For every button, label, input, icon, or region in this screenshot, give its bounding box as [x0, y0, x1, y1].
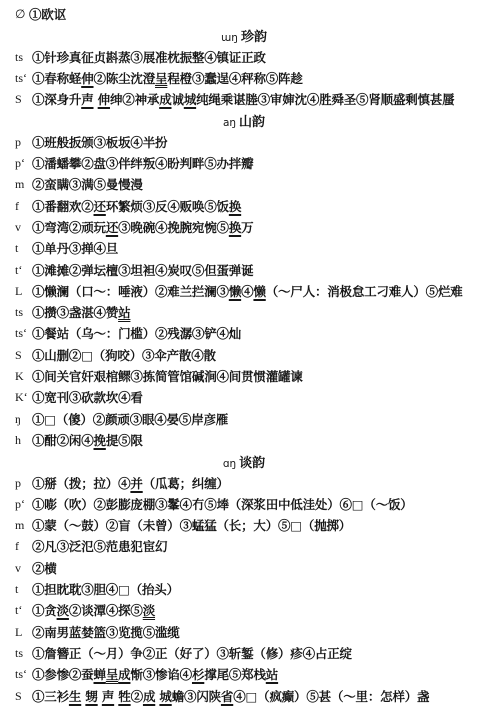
underlined-reading: 站 [118, 305, 130, 320]
character-list: ①针珍真征贞斟蒸③展准枕振整④镇证正政 [32, 47, 266, 68]
character-list: ①深身升声 伸绅②神承成诚城纯绳乘谌塍③审婶沈④胜舜圣⑤肾顺盛剩慎甚蜃 [32, 89, 454, 110]
character-list: ①蒙（～鼓）②盲（未曾）③蜢猛（长；大）⑤□（抛掷） [32, 515, 351, 536]
character-list: ②凡③泛氾⑤范患犯宦幻 [32, 536, 167, 557]
initial-entry-row: K‘①宽刊③砍款坎④看 [0, 387, 500, 408]
initial-entry-row: p①班般扳颁③板坂④半扮 [0, 132, 500, 153]
underlined-reading: 杉 [192, 667, 204, 682]
initial-label: ts‘ [15, 68, 27, 89]
initial-label: ∅ [15, 4, 25, 25]
text-segment: ②陈尘沈澄 [94, 71, 156, 86]
initial-label: ts [15, 47, 23, 68]
text-segment: 环繁烦③反④贩唤⑤饭 [106, 199, 229, 214]
initial-entry-row: ts‘①参惨②蚕蝉呈成惭③惨谄④杉撑尾⑤郑栈站 [0, 664, 500, 685]
initial-entry-row: f②凡③泛氾⑤范患犯宦幻 [0, 536, 500, 557]
initial-entry-row: m②蛮瞒③满⑤曼慢漫 [0, 174, 500, 195]
text-segment: 撑尾⑤郑栈 [204, 667, 266, 682]
text-segment: ①单丹③掸④旦 [32, 241, 118, 256]
initial-entry-row: ts①针珍真征贞斟蒸③展准枕振整④镇证正政 [0, 47, 500, 68]
character-list: ①欧讴 [29, 4, 66, 25]
initial-label: p‘ [15, 153, 25, 174]
underlined-reading: 牲 [118, 689, 130, 704]
initial-entry-row: t‘①贪淡②谈潭④探⑤淡 [0, 600, 500, 621]
character-list: ①詹簪正（～月）争②正（好了）③斩錾（修）疹④占正绽 [32, 643, 352, 664]
initial-entry-row: p‘①潘蟠攀②盘③伴绊叛④盼判畔⑤办拌瓣 [0, 153, 500, 174]
text-segment: ①山删②□（狗咬）③伞产散④散 [32, 348, 216, 363]
initial-label: L [15, 622, 22, 643]
text-segment: ①针珍真征贞斟蒸③展准枕振整④镇证正政 [32, 50, 266, 65]
text-segment: （～尸人：消极怠工刁难人）⑤烂难 [266, 284, 463, 299]
text-segment: ②谈潭④探⑤ [69, 603, 143, 618]
text-segment: ①攒③盏湛④赞 [32, 305, 118, 320]
initial-entry-row: t①担眈耽③胆④□（抬头） [0, 579, 500, 600]
underlined-reading: 懒 [229, 284, 241, 299]
text-segment: 诚 [172, 92, 184, 107]
initial-label: ts‘ [15, 664, 27, 685]
text-segment: ①□（傻）②颜顽③眼④晏⑤岸彦雁 [32, 412, 228, 427]
underlined-reading: 省 [221, 689, 233, 704]
initial-label: v [15, 217, 21, 238]
text-segment: ①深身升 [32, 92, 81, 107]
initial-entry-row: f①番翻欢②还环繁烦③反④贩唤⑤饭换 [0, 196, 500, 217]
text-segment: 绅②神承 [110, 92, 159, 107]
underlined-reading: 淡 [57, 603, 69, 618]
text-segment: ①担眈耽③胆④□（抬头） [32, 582, 179, 597]
initial-label: S [15, 89, 22, 110]
underlined-reading: 换 [229, 199, 241, 214]
character-list: ①贪淡②谈潭④探⑤淡 [32, 600, 155, 621]
text-segment: ①掰（拨；拉）④ [32, 476, 130, 491]
initial-label: ts‘ [15, 323, 27, 344]
character-list: ①酣②闲④挽提⑤限 [32, 430, 143, 451]
text-segment: ①酣②闲④ [32, 433, 94, 448]
initial-label: h [15, 430, 21, 451]
text-segment: ①宽刊③砍款坎④看 [32, 390, 143, 405]
text-segment: ④ [241, 284, 253, 299]
text-segment: ①懒澜（口～：唾液）②难兰拦澜③ [32, 284, 229, 299]
text-segment: ①番翻欢② [32, 199, 94, 214]
character-list: ①担眈耽③胆④□（抬头） [32, 579, 179, 600]
text-segment: ②凡③泛氾⑤范患犯宦幻 [32, 539, 167, 554]
initial-entry-row: L①懒澜（口～：唾液）②难兰拦澜③懒④懒（～尸人：消极怠工刁难人）⑤烂难 [0, 281, 500, 302]
text-segment: 蟾③闪陕 [172, 689, 221, 704]
rhyme-ipa: ɯŋ [221, 32, 238, 44]
character-list: ①掰（拨；拉）④并（瓜葛；纠缠） [32, 473, 229, 494]
initial-entry-row: v②横 [0, 558, 500, 579]
initial-entry-row: ts①攒③盏湛④赞站 [0, 302, 500, 323]
text-segment: 程橙③蠢逞④秤称⑤阵趁 [167, 71, 302, 86]
initial-label: t‘ [15, 600, 22, 621]
dictionary-page: ∅①欧讴ɯŋ珍韵ts①针珍真征贞斟蒸③展准枕振整④镇证正政ts‘①春称蛏伸②陈尘… [0, 4, 500, 707]
initial-entry-row: v①弯湾②顽玩还③晚碗④挽腕宛惋⑤换万 [0, 217, 500, 238]
text-segment: ①贪 [32, 603, 57, 618]
text-segment: ②横 [32, 561, 57, 576]
rhyme-title: 珍韵 [241, 30, 267, 45]
rhyme-ipa: aŋ [223, 117, 236, 129]
rhyme-title: 谈韵 [239, 456, 265, 471]
initial-label: ts [15, 643, 23, 664]
underlined-reading: 成 [118, 667, 130, 682]
text-segment: ③晚碗④挽腕宛惋⑤ [118, 220, 229, 235]
text-segment: ①班般扳颁③板坂④半扮 [32, 135, 167, 150]
initial-entry-row: S①山删②□（狗咬）③伞产散④散 [0, 345, 500, 366]
initial-entry-row: ∅①欧讴 [0, 4, 500, 25]
text-segment: ②南男蓝婪篮③览揽⑤滥缆 [32, 625, 180, 640]
initial-label: f [15, 536, 19, 557]
underlined-reading: 懒 [253, 284, 265, 299]
initial-label: ts [15, 302, 23, 323]
text-segment: ①詹簪正（～月）争②正（好了）③斩錾（修）疹④占正绽 [32, 646, 352, 661]
initial-label: m [15, 515, 24, 536]
character-list: ①嘭（吹）②彭膨庞棚③髼④冇⑤埲（深浆田中低洼处）⑥□（～饭） [32, 494, 413, 515]
initial-label: L [15, 281, 22, 302]
underlined-reading: 还 [106, 220, 118, 235]
initial-label: p [15, 473, 21, 494]
character-list: ①餐站（乌～：门槛）②残潺③铲④灿 [32, 323, 241, 344]
underlined-reading: 呈 [155, 71, 167, 86]
text-segment: （瓜葛；纠缠） [143, 476, 229, 491]
character-list: ①三衫生 甥 声 牲②成 城蟾③闪陕省④□（疯癫）⑤甚（～里：怎样）盏 [32, 686, 429, 707]
initial-label: S [15, 686, 22, 707]
text-segment: 万 [241, 220, 253, 235]
underlined-reading: 生 [69, 689, 81, 704]
character-list: ①山删②□（狗咬）③伞产散④散 [32, 345, 216, 366]
character-list: ①间关官奸艰棺鳏③拣简管馆碱涧④间贯惯灌罐谏 [32, 366, 303, 387]
underlined-reading: 声 [102, 689, 114, 704]
underlined-reading: 淡 [143, 603, 155, 618]
character-list: ①宽刊③砍款坎④看 [32, 387, 143, 408]
character-list: ①番翻欢②还环繁烦③反④贩唤⑤饭换 [32, 196, 241, 217]
underlined-reading: 换 [229, 220, 241, 235]
character-list: ①参惨②蚕蝉呈成惭③惨谄④杉撑尾⑤郑栈站 [32, 664, 278, 685]
underlined-reading: 城 [159, 689, 171, 704]
rhyme-section-heading: ɑŋ谈韵 [0, 451, 500, 472]
text-segment: ①春称蛏 [32, 71, 81, 86]
initial-label: t [15, 238, 18, 259]
initial-entry-row: S①深身升声 伸绅②神承成诚城纯绳乘谌塍③审婶沈④胜舜圣⑤肾顺盛剩慎甚蜃 [0, 89, 500, 110]
underlined-reading: 呈 [106, 667, 118, 682]
initial-entry-row: ts‘①春称蛏伸②陈尘沈澄呈程橙③蠢逞④秤称⑤阵趁 [0, 68, 500, 89]
initial-label: f [15, 196, 19, 217]
character-list: ①班般扳颁③板坂④半扮 [32, 132, 167, 153]
underlined-reading: 挽 [94, 433, 106, 448]
underlined-reading: 伸 [81, 71, 93, 86]
underlined-reading: 声 [81, 92, 93, 107]
text-segment: ①欧讴 [29, 7, 66, 22]
underlined-reading: 成 [143, 689, 155, 704]
initial-label: p‘ [15, 494, 25, 515]
text-segment: 纯绳乘谌塍③审婶沈④胜舜圣⑤肾顺盛剩慎甚蜃 [196, 92, 454, 107]
initial-label: K‘ [15, 387, 28, 408]
underlined-reading: 并 [130, 476, 142, 491]
initial-entry-row: ts‘①餐站（乌～：门槛）②残潺③铲④灿 [0, 323, 500, 344]
character-list: ②南男蓝婪篮③览揽⑤滥缆 [32, 622, 180, 643]
rhyme-section-heading: ɯŋ珍韵 [0, 25, 500, 46]
initial-label: K [15, 366, 24, 387]
text-segment: ①间关官奸艰棺鳏③拣简管馆碱涧④间贯惯灌罐谏 [32, 369, 303, 384]
rhyme-title: 山韵 [239, 115, 265, 130]
character-list: ①弯湾②顽玩还③晚碗④挽腕宛惋⑤换万 [32, 217, 253, 238]
text-segment: ①弯湾②顽玩 [32, 220, 106, 235]
initial-entry-row: t‘①滩摊②弹坛檀③坦袒④炭叹⑤但蛋弹诞 [0, 260, 500, 281]
text-segment: ①嘭（吹）②彭膨庞棚③髼④冇⑤埲（深浆田中低洼处）⑥□（～饭） [32, 497, 413, 512]
initial-entry-row: m①蒙（～鼓）②盲（未曾）③蜢猛（长；大）⑤□（抛掷） [0, 515, 500, 536]
text-segment: ② [131, 689, 143, 704]
text-segment: ①三衫 [32, 689, 69, 704]
character-list: ①单丹③掸④旦 [32, 238, 118, 259]
character-list: ②蛮瞒③满⑤曼慢漫 [32, 174, 143, 195]
initial-label: t‘ [15, 260, 22, 281]
text-segment: ①潘蟠攀②盘③伴绊叛④盼判畔⑤办拌瓣 [32, 156, 253, 171]
rhyme-ipa: ɑŋ [223, 458, 236, 470]
underlined-reading: 成 [159, 92, 171, 107]
initial-label: ŋ [15, 409, 21, 430]
initial-label: p [15, 132, 21, 153]
initial-entry-row: p‘①嘭（吹）②彭膨庞棚③髼④冇⑤埲（深浆田中低洼处）⑥□（～饭） [0, 494, 500, 515]
underlined-reading: 甥 [85, 689, 97, 704]
initial-label: v [15, 558, 21, 579]
initial-entry-row: t①单丹③掸④旦 [0, 238, 500, 259]
initial-entry-row: p①掰（拨；拉）④并（瓜葛；纠缠） [0, 473, 500, 494]
text-segment: 惭③惨谄④ [130, 667, 192, 682]
character-list: ①□（傻）②颜顽③眼④晏⑤岸彦雁 [32, 409, 228, 430]
initial-entry-row: ŋ①□（傻）②颜顽③眼④晏⑤岸彦雁 [0, 409, 500, 430]
text-segment: ①滩摊②弹坛檀③坦袒④炭叹⑤但蛋弹诞 [32, 263, 253, 278]
rhyme-section-heading: aŋ山韵 [0, 110, 500, 131]
character-list: ①春称蛏伸②陈尘沈澄呈程橙③蠢逞④秤称⑤阵趁 [32, 68, 303, 89]
initial-entry-row: K①间关官奸艰棺鳏③拣简管馆碱涧④间贯惯灌罐谏 [0, 366, 500, 387]
initial-label: S [15, 345, 22, 366]
initial-label: t [15, 579, 18, 600]
initial-label: m [15, 174, 24, 195]
text-segment: ④□（疯癫）⑤甚（～里：怎样）盏 [233, 689, 429, 704]
initial-entry-row: L②南男蓝婪篮③览揽⑤滥缆 [0, 622, 500, 643]
initial-entry-row: ts①詹簪正（～月）争②正（好了）③斩錾（修）疹④占正绽 [0, 643, 500, 664]
character-list: ②横 [32, 558, 57, 579]
underlined-reading: 伸 [98, 92, 110, 107]
text-segment: ②蛮瞒③满⑤曼慢漫 [32, 177, 143, 192]
character-list: ①潘蟠攀②盘③伴绊叛④盼判畔⑤办拌瓣 [32, 153, 253, 174]
text-segment: 提⑤限 [106, 433, 143, 448]
underlined-reading: 站 [266, 667, 278, 682]
initial-entry-row: S①三衫生 甥 声 牲②成 城蟾③闪陕省④□（疯癫）⑤甚（～里：怎样）盏 [0, 686, 500, 707]
text-segment: ①餐站（乌～：门槛）②残潺③铲④灿 [32, 326, 241, 341]
character-list: ①懒澜（口～：唾液）②难兰拦澜③懒④懒（～尸人：消极怠工刁难人）⑤烂难 [32, 281, 463, 302]
underlined-reading: 蝉 [94, 667, 106, 682]
character-list: ①滩摊②弹坛檀③坦袒④炭叹⑤但蛋弹诞 [32, 260, 253, 281]
text-segment: ①蒙（～鼓）②盲（未曾）③蜢猛（长；大）⑤□（抛掷） [32, 518, 351, 533]
underlined-reading: 城 [184, 92, 196, 107]
character-list: ①攒③盏湛④赞站 [32, 302, 130, 323]
text-segment: ①参惨②蚕 [32, 667, 94, 682]
initial-entry-row: h①酣②闲④挽提⑤限 [0, 430, 500, 451]
underlined-reading: 还 [94, 199, 106, 214]
